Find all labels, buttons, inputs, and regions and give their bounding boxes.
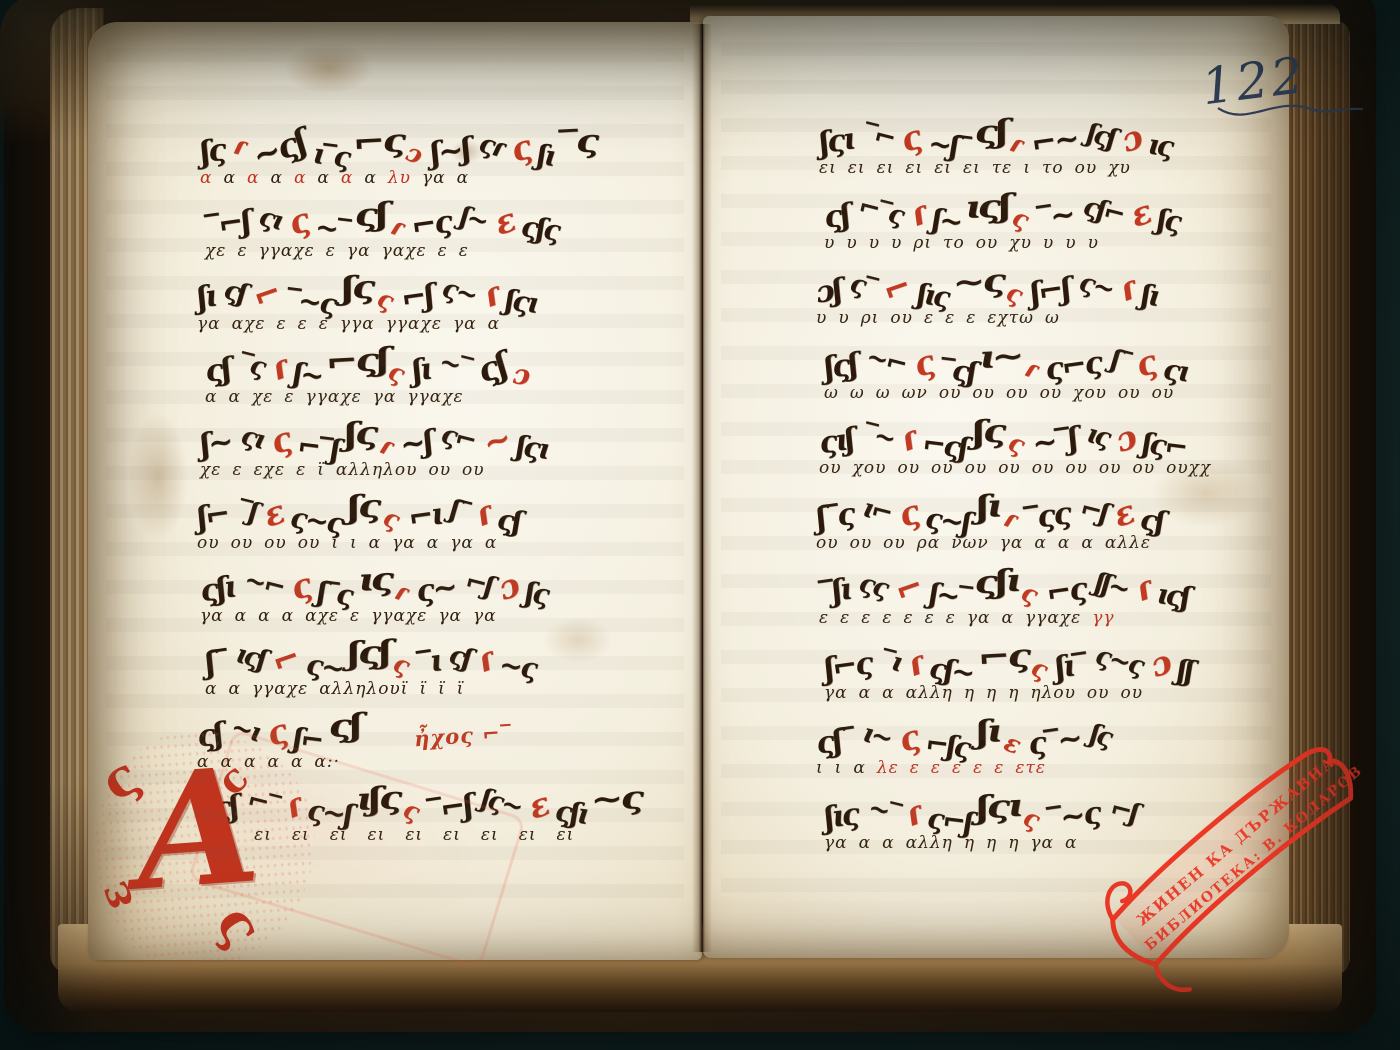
neume-cluster: ʃ⌐ς (821, 642, 874, 692)
chant-system: ʃɩςʃ⌐‾~ςʃςς⌐ʃς~ɾʃςɩγααχεεεεγγαγγαχεγαα (197, 272, 617, 345)
syllable: γα (347, 241, 371, 261)
neume-cluster: ⌐ςʃ (920, 421, 969, 470)
neume-cluster: ς⌐ς (1043, 341, 1104, 392)
neume-cluster: ‾~ς (284, 277, 338, 327)
neume-cluster: ⌐ (266, 635, 305, 685)
neume-cluster: ɩς (1082, 412, 1114, 460)
neume-cluster: ⌐ʃ (1075, 487, 1111, 536)
neume-cluster: ʃ⌐ʃ (1027, 267, 1072, 316)
neume-cluster: ς~ʃ (923, 496, 972, 545)
library-stamp: ЖИНЕН КА ДЪРЖАВНА БИБЛИОТЕКА: В. КОЛАРОВ (1075, 704, 1375, 994)
neume-cluster: ʃ~ (929, 197, 963, 244)
neume-cluster: ɾ (471, 637, 498, 683)
mode-signature: ἦχος ⌐‾ (412, 711, 513, 762)
neume-cluster: ʃɩ‾ (1052, 643, 1088, 691)
neume-cluster: ʃς (197, 129, 227, 176)
neume-cluster: ςʃς (518, 205, 560, 253)
neume-cluster: ⌐‾ς (854, 184, 908, 237)
syllable: ε (973, 758, 983, 778)
neume-cluster: ς~ (304, 643, 346, 691)
neume-cluster: ʃ⌐ (194, 493, 231, 541)
chant-system: ʃ‾ɩςʃ⌐ς~ʃςʃς‾ɩςʃɾ~ςααγγαχεαλληλουϊϊϊϊ (205, 637, 625, 710)
neume-row: ʃ~ςɩς⌐‾ʃʃςɾ~ʃς⌐~ʃςɩ (200, 418, 620, 464)
neume-cluster: ⌐ (247, 270, 286, 320)
chant-system: ʃςʃ~⌐ς‾ςʃɩ~ɾς⌐ςʃ‾ςςɩωωωωνουουουουχουουου (824, 341, 1264, 416)
neume-row: ʃςʃ~⌐ς‾ςʃɩ~ɾς⌐ςʃ‾ςςɩ (824, 341, 1264, 387)
neume-cluster: ς~ς (1091, 634, 1148, 688)
neume-cluster: ɩς (357, 557, 393, 603)
neume-cluster: ⌐ς (408, 200, 453, 249)
neume-cluster: ʃɩς (914, 272, 950, 319)
neume-cluster: ~‾ʃ (1030, 417, 1080, 467)
neume-cluster: ʃςʃ (821, 343, 859, 391)
syllable: ε (861, 608, 871, 628)
syllable: υ (1088, 233, 1099, 253)
chant-system: ʃ‾ςɩ⌐ςς~ʃʃɩɾ‾ςς⌐ʃɛςʃουουουρανωνγαααααλλε (816, 491, 1256, 566)
neume-cluster: ɩς (1146, 123, 1175, 170)
neume-cluster: ɛ (1108, 490, 1139, 537)
syllable: ε (350, 606, 360, 626)
neume-row: ‾ʃɩςς⌐ʃ~‾ςʃɩς⌐ςʃʃ~ɾɩςʃ (819, 566, 1259, 612)
neume-cluster: ʃ‾ (1106, 338, 1134, 385)
syllable: α (364, 168, 376, 188)
syllable: λε (877, 758, 899, 778)
neume-cluster: ɩ~ (978, 334, 1022, 380)
neume-cluster: ʃɩ (975, 484, 1000, 529)
neume-cluster: ʃ‾ς (315, 570, 354, 618)
syllable: α (282, 606, 294, 626)
neume-cluster: ɔ (511, 352, 531, 398)
syllable: γγαχε (259, 241, 315, 261)
neume-cluster: ς (895, 115, 926, 162)
neume-cluster: ‾~ (1034, 193, 1076, 242)
neume-cluster: ⌐ʃ (399, 274, 436, 322)
neume-cluster: ʃςɩ (514, 424, 550, 471)
neume-cluster: ~ (477, 416, 516, 466)
neume-cluster: ⌐ (877, 264, 916, 314)
neume-cluster: ɾ (229, 124, 249, 169)
neume-cluster: ʃɩ (535, 133, 556, 179)
neume-cluster: ςʃɩ (197, 566, 236, 614)
neume-row: ςʃ‾ςɾʃ~⌐ςʃςʃɩ~‾ςʃɔ (205, 345, 625, 391)
neume-row: ʃ⌐ς‾ɩɾςʃ~⌐ςςʃɩ‾ς~ςɔʃʃ (824, 641, 1264, 687)
neume-cluster: ʃɩς (821, 793, 860, 841)
neume-cluster: ʃς (971, 409, 1005, 455)
neume-cluster: ɔ (1144, 640, 1175, 687)
neume-cluster: ʃςɩ (503, 278, 539, 325)
syllable: α (882, 683, 894, 703)
neume-cluster: ⌐ς (352, 119, 405, 166)
syllable: η (986, 683, 997, 703)
neume-cluster: ɩςʃ (965, 184, 1011, 230)
neume-cluster: ʃςɩ (816, 118, 855, 166)
neume-cluster: ʃʃ~ (1090, 561, 1133, 612)
syllable-row: ααγγαχεαλληλουϊϊϊϊ (205, 679, 625, 703)
neume-cluster: ɔ (493, 563, 524, 610)
neume-cluster: ɩςʃ (1155, 572, 1191, 619)
neume-cluster: ʃ~ (197, 420, 234, 468)
neume-cluster: ɩ~ (859, 711, 896, 760)
neume-cluster: ςɩ (254, 195, 286, 243)
neume-cluster: ςʃ (354, 192, 388, 238)
chant-system: ‾⌐ʃςɩς~‾ςʃɾ⌐ςʃ~ɛςʃςχεεγγαχεεγαγαχεεε (205, 199, 625, 272)
neume-cluster: ςʃ~ (927, 646, 976, 695)
syllable: α (228, 679, 240, 699)
neume-cluster: ςʃ (821, 194, 851, 241)
stain (128, 412, 188, 542)
neume-cluster: ʃς (343, 411, 377, 457)
neume-cluster: ‾ʃ (233, 488, 261, 535)
neume-cluster: ‾~ (858, 411, 899, 461)
neume-cluster: ɾ (900, 791, 927, 837)
chant-system: ςʃ‾ςɾʃ~⌐ςʃςʃɩ~‾ςʃɔααχεεγγαχεγαγγαχε (205, 345, 625, 418)
neume-cluster: ʃςʃ (1082, 112, 1119, 161)
neume-cluster: ςʃ⌐ (1078, 185, 1128, 237)
right-page: 122 ʃςɩ‾⌐ς~ʃ‾ςʃɾ⌐~ʃςʃɔɩςειειειειειειτειτ… (703, 16, 1289, 958)
neume-cluster: ς~ (413, 565, 458, 614)
neume-row: ςʃɩ~⌐ςʃ‾ςɩςɾς~⌐ʃɔʃς (200, 564, 620, 610)
neume-cluster: ɔʃ (813, 269, 843, 316)
neume-cluster: ςʃ (220, 268, 250, 316)
neume-cluster: ~ʃ‾ (925, 122, 971, 171)
syllable: α (1002, 608, 1014, 628)
neume-cluster: ɾ (1129, 566, 1156, 612)
neume-cluster: ςɩ (1160, 348, 1189, 395)
neume-row: ʃςɾ~ςʃɩ‾ς⌐ςɔʃ~ʃςɾςʃɩ‾ς (200, 126, 620, 172)
book-gutter (692, 24, 712, 952)
neume-cluster: ~ʃ (397, 420, 434, 468)
neume-cluster: ɾ (895, 416, 922, 462)
neume-cluster: ʃ‾ς (813, 493, 856, 542)
neume-cluster: ‾ς (558, 119, 598, 165)
chant-system: ʃ⌐‾ʃɛς~ςʃςς⌐ɩʃ‾ɾςʃουουουουιιαγααγαα (197, 491, 617, 564)
neume-cluster: ‾ɩ (414, 640, 442, 687)
neume-row: ɔʃς‾⌐ʃɩς~ςςʃ⌐ʃς~ɾʃɩ (816, 266, 1256, 312)
neume-cluster: ςɩʃ (816, 418, 855, 466)
stamp-text-line1: ЖИНЕН КА ДЪРЖАВНА (1133, 752, 1339, 929)
ornate-initial: ς ɔ ς ɛ A (94, 736, 339, 981)
neume-cluster: ⌐ʃ (460, 560, 496, 609)
neume-cluster: ς⌐ʃ (925, 796, 974, 845)
syllable: ι (1023, 158, 1031, 178)
neume-cluster: ς (1130, 340, 1161, 387)
neume-cluster: ʃʃ (1175, 648, 1195, 693)
neume-cluster: ~‾ (863, 786, 904, 836)
neume-cluster: ~⌐ (862, 335, 911, 387)
neume-cluster: ⌐ς (976, 634, 1029, 681)
syllable: χυ (1108, 158, 1131, 178)
neume-row: ʃɩςʃ⌐‾~ςʃςς⌐ʃς~ɾʃςɩ (197, 272, 617, 318)
syllable: χου (853, 458, 887, 478)
syllable: α (294, 168, 306, 188)
syllable: ου (883, 533, 906, 553)
syllable: ου (1118, 383, 1141, 403)
chant-system: ɔʃς‾⌐ʃɩς~ςςʃ⌐ʃς~ɾʃɩυυριουεεεεχτωω (816, 266, 1256, 341)
neume-row: ςɩʃ‾~ɾ⌐ςʃʃςς~‾ʃɩςɔʃς⌐ (819, 416, 1259, 462)
neume-cluster: ʃɩ (975, 709, 1000, 754)
neume-cluster: ς (285, 563, 316, 610)
neume-row: ʃ⌐‾ʃɛς~ςʃςς⌐ɩʃ‾ɾςʃ (197, 491, 617, 537)
neume-cluster: ς⌐ (437, 413, 480, 464)
neume-cluster: ɛ (1125, 190, 1156, 237)
neume-cluster: ςɾ (475, 122, 509, 170)
syllable: ου (231, 533, 254, 553)
manuscript-photo: ʃςɾ~ςʃɩ‾ς⌐ςɔʃ~ʃςɾςʃɩ‾ςααααααααλυγαα‾⌐ʃςɩ… (0, 0, 1400, 1050)
syllable: γγ (1092, 608, 1114, 628)
neume-cluster: ʃςʃ (347, 630, 391, 676)
neume-cluster: ς~ (438, 267, 481, 318)
chant-system: ςʃ⌐‾ςɾʃ~ɩςʃς‾~ςʃ⌐ɛʃςυυυυριτοουχυυυυ (824, 191, 1264, 266)
neume-cluster: ʃς⌐ (1140, 421, 1189, 470)
syllable: ε (459, 241, 469, 261)
syllable: γα (453, 314, 477, 334)
syllable: ε (882, 608, 892, 628)
neume-cluster: ~ς (951, 259, 1004, 306)
neume-cluster: ⌐ʃς (923, 721, 972, 770)
neume-cluster: ʃς (340, 265, 374, 311)
neume-cluster: ʃ~‾ (926, 572, 972, 621)
neume-cluster: ςɩ (236, 414, 268, 462)
neume-cluster: ‾ςς (1022, 492, 1073, 542)
syllable: γα (473, 606, 497, 626)
syllable: ρι (861, 308, 880, 328)
neume-cluster: ‾⌐ (858, 111, 899, 161)
initial-letter-A: A (131, 747, 264, 913)
neume-cluster: ~⌐ (239, 558, 288, 610)
neume-cluster: ɩ⌐ (859, 486, 896, 535)
chant-system: ςʃɩ~⌐ςʃ‾ςɩςɾς~⌐ʃɔʃςγαααααχεεγγαχεγαγα (200, 564, 620, 637)
neume-cluster: ɔ (1110, 415, 1141, 462)
neume-cluster: ɩςʃ (231, 632, 269, 682)
syllable-row: ωωωωνουουουουχουουου (824, 383, 1264, 407)
syllable: ε (966, 308, 976, 328)
left-page: ʃςɾ~ςʃɩ‾ς⌐ςɔʃ~ʃςɾςʃɩ‾ςααααααααλυγαα‾⌐ʃςɩ… (88, 22, 702, 960)
neume-cluster: ς (282, 198, 313, 245)
neume-cluster: ɾ (478, 272, 505, 318)
neume-cluster: ʃ~ (291, 351, 325, 398)
syllable: ου (965, 458, 988, 478)
syllable: α (258, 606, 270, 626)
syllable: ου (976, 233, 999, 253)
syllable: ι (350, 533, 358, 553)
neume-cluster: ~ς (590, 776, 643, 823)
neume-cluster: ~‾ (435, 340, 476, 390)
neume-cluster: ‾ςʃ (938, 347, 977, 395)
neume-cluster: ⌐ (889, 564, 928, 614)
neume-cluster: ςʃɩ (553, 789, 589, 836)
neume-cluster: ɩ‾ς (310, 132, 351, 180)
chant-system: ‾ʃɩςς⌐ʃ~‾ςʃɩς⌐ςʃʃ~ɾɩςʃεεεεεεεγααγγαχεγγ (819, 566, 1259, 641)
neume-cluster: ~ς (497, 643, 539, 691)
neume-cluster: ςʃ (202, 348, 232, 395)
neume-cluster: ɾ (266, 345, 293, 391)
neume-cluster: ⌐ɩ (405, 493, 443, 541)
syllable: χε (252, 387, 273, 407)
syllable: γα (450, 533, 474, 553)
neume-cluster: ɾ (1114, 266, 1141, 312)
neume-cluster: ςʃ (974, 109, 1008, 155)
neume-cluster: ⌐~ (1028, 117, 1080, 167)
syllable: ω (876, 383, 891, 403)
syllable: ου (1075, 158, 1098, 178)
neume-cluster: ɛ (488, 198, 519, 245)
syllable: η (986, 833, 997, 853)
syllable: ου (972, 383, 995, 403)
neume-cluster: ‾ς (234, 341, 269, 390)
syllable: ου (462, 460, 485, 480)
neume-cluster: ςʃ (472, 343, 512, 393)
chant-system: ʃ~ςɩς⌐‾ʃʃςɾ~ʃς⌐~ʃςɩχεεεχεεϊαλληλουουου (200, 418, 620, 491)
neume-cluster: ς (505, 125, 536, 172)
neume-cluster: ς (907, 340, 938, 387)
neume-cluster: ~‾ (313, 205, 352, 253)
syllable-row: ουουουουιιαγααγαα (197, 533, 617, 557)
syllable: υ (869, 233, 880, 253)
neume-cluster: ʃς (347, 484, 381, 530)
neume-cluster: ςʃ (327, 703, 361, 749)
neume-row: ʃ‾ςɩ⌐ςς~ʃʃɩɾ‾ςς⌐ʃɛςʃ (816, 491, 1256, 537)
neume-cluster: ɛ (257, 490, 288, 537)
neume-cluster: ɾ (904, 191, 931, 237)
neume-row: ‾⌐ʃςɩς~‾ςʃɾ⌐ςʃ~ɛςʃς (205, 199, 625, 245)
neume-cluster: ς (264, 417, 295, 464)
syllable: ϊ (457, 679, 465, 699)
neume-cluster: ςς (855, 561, 892, 610)
neume-cluster: ⌐ςʃ (324, 337, 388, 384)
neume-cluster: ς~ (1074, 261, 1117, 312)
neume-row: ʃ‾ɩςʃ⌐ς~ʃςʃς‾ɩςʃɾ~ς (205, 637, 625, 683)
chant-system: ςɩʃ‾~ɾ⌐ςʃʃςς~‾ʃɩςɔʃς⌐ουχουουουουουουουου… (819, 416, 1259, 491)
syllable: ου (1099, 458, 1122, 478)
neume-cluster: ⌐ς (1043, 567, 1088, 616)
syllable: ου (1087, 683, 1110, 703)
neume-cluster: ςʃ‾ (813, 718, 856, 767)
syllable: η (1008, 683, 1019, 703)
syllable: γα (967, 608, 991, 628)
neume-cluster: ʃςɩ (975, 784, 1021, 830)
syllable: ε (945, 308, 955, 328)
stain (284, 42, 374, 94)
neume-cluster: ς (893, 490, 924, 537)
neume-cluster: ς‾ (845, 262, 880, 311)
neume-cluster: ‾ʃɩ (816, 568, 852, 616)
neume-cluster: ɔ (1116, 115, 1147, 162)
chant-system: ʃςɩ‾⌐ς~ʃ‾ςʃɾ⌐~ʃςʃɔɩςειειειειειειτειτοουχ… (819, 116, 1259, 191)
syllable: α (1081, 533, 1093, 553)
neume-cluster: ‾⌐ʃ (202, 200, 252, 250)
neume-cluster: ɛ (523, 782, 554, 829)
syllable: ει (877, 158, 895, 178)
neume-cluster: ςʃɩ (974, 559, 1020, 605)
neume-row: ʃςɩ‾⌐ς~ʃ‾ςʃɾ⌐~ʃςʃɔɩς (819, 116, 1259, 162)
neume-cluster: ʃ~ (455, 195, 491, 244)
neume-cluster: ς~ς (288, 496, 345, 546)
neume-cluster: ⌐‾ʃ (295, 424, 341, 473)
neume-row: ςʃ⌐‾ςɾʃ~ɩςʃς‾~ςʃ⌐ɛʃς (824, 191, 1264, 237)
neume-cluster: ʃ~ʃ (428, 127, 473, 176)
chant-system: ʃςɾ~ςʃɩ‾ς⌐ςɔʃ~ʃςɾςʃɩ‾ςααααααααλυγαα (200, 126, 620, 199)
neume-cluster: ɾ (469, 491, 496, 537)
neume-cluster: ʃɩ (1139, 273, 1160, 319)
neume-cluster: ς (893, 715, 924, 762)
neume-cluster: ɾ (902, 641, 929, 687)
